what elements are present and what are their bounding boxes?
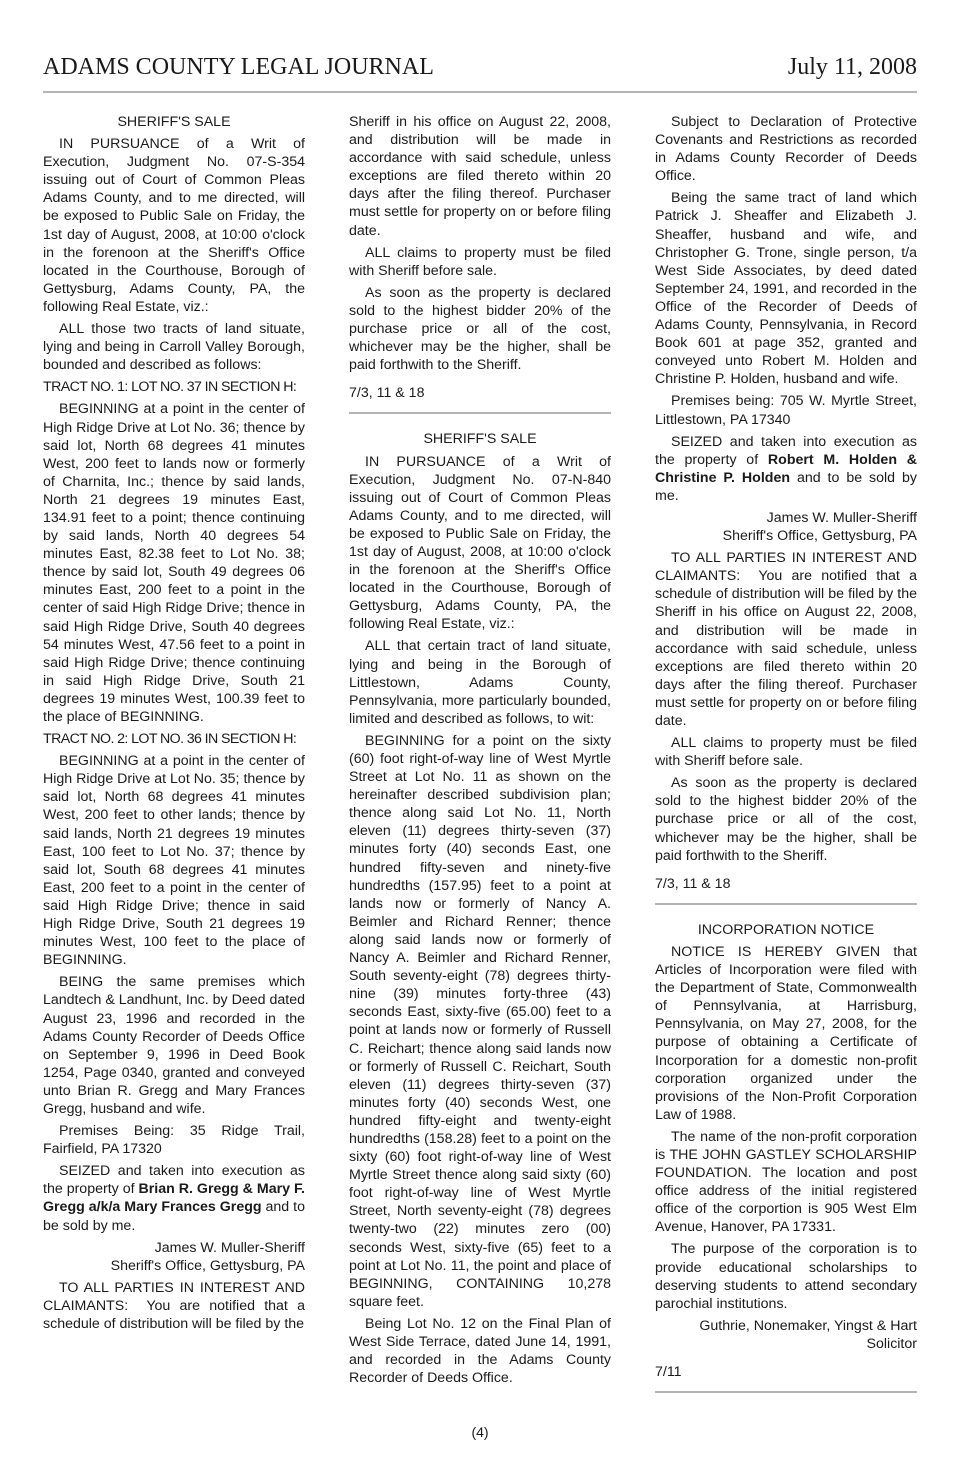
deed-history-paragraph: BEING the same premises which Landtech &…: [43, 973, 305, 1118]
sheriff-signature: James W. Muller-Sheriff Sheriff's Office…: [655, 509, 917, 545]
tract2-description: BEGINNING at a point in the center of Hi…: [43, 752, 305, 969]
issue-date: July 11, 2008: [788, 52, 917, 82]
page-number: (4): [0, 1424, 960, 1440]
column-2: Sheriff in his office on August 22, 2008…: [349, 113, 611, 1391]
run-dates: 7/3, 11 & 18: [655, 875, 917, 893]
notice-divider: [655, 903, 917, 905]
incorporation-notice: INCORPORATION NOTICE NOTICE IS HEREBY GI…: [655, 921, 917, 1393]
signature-office: Sheriff's Office, Gettysburg, PA: [43, 1257, 305, 1275]
covenants-paragraph: Subject to Declaration of Protective Cov…: [655, 113, 917, 185]
notice-paragraph: NOTICE IS HEREBY GIVEN that Articles of …: [655, 943, 917, 1124]
run-dates: 7/11: [655, 1363, 917, 1381]
masthead: ADAMS COUNTY LEGAL JOURNAL July 11, 2008: [43, 52, 917, 82]
deed-history-paragraph: Being the same tract of land which Patri…: [655, 189, 917, 388]
column-1: SHERIFF'S SALE IN PURSUANCE of a Writ of…: [43, 113, 305, 1337]
tract1-heading: TRACT NO. 1: LOT NO. 37 IN SECTION H:: [43, 378, 305, 396]
notice-divider: [349, 412, 611, 414]
notice-heading: INCORPORATION NOTICE: [655, 921, 917, 939]
run-dates: 7/3, 11 & 18: [349, 384, 611, 402]
premises-address: Premises being: 705 W. Myrtle Street, Li…: [655, 392, 917, 428]
lot-paragraph: Being Lot No. 12 on the Final Plan of We…: [349, 1315, 611, 1387]
claims-paragraph: ALL claims to property must be filed wit…: [349, 244, 611, 280]
sheriffs-sale-notice-holden: SHERIFF'S SALE IN PURSUANCE of a Writ of…: [349, 430, 611, 1387]
solicitor-signature: Guthrie, Nonemaker, Yingst & Hart Solici…: [655, 1317, 917, 1353]
solicitor-title: Solicitor: [655, 1335, 917, 1353]
declared-paragraph: As soon as the property is declared sold…: [349, 284, 611, 374]
parties-paragraph: TO ALL PARTIES IN INTEREST AND CLAIMANTS…: [655, 549, 917, 730]
claims-paragraph: ALL claims to property must be filed wit…: [655, 734, 917, 770]
parties-paragraph-part2: Sheriff in his office on August 22, 2008…: [349, 113, 611, 240]
notice-divider: [655, 1391, 917, 1393]
tract-description: BEGINNING for a point on the sixty (60) …: [349, 732, 611, 1311]
signature-name: James W. Muller-Sheriff: [655, 509, 917, 527]
publication-title: ADAMS COUNTY LEGAL JOURNAL: [43, 52, 434, 82]
purpose-paragraph: The purpose of the corporation is to pro…: [655, 1240, 917, 1312]
declared-paragraph: As soon as the property is declared sold…: [655, 774, 917, 864]
sheriffs-sale-notice-gregg: SHERIFF'S SALE IN PURSUANCE of a Writ of…: [43, 113, 305, 1333]
tracts-intro-paragraph: ALL those two tracts of land situate, ly…: [43, 320, 305, 374]
premises-address: Premises Being: 35 Ridge Trail, Fairfiel…: [43, 1122, 305, 1158]
column-3: Subject to Declaration of Protective Cov…: [655, 113, 917, 1409]
notice-heading: SHERIFF'S SALE: [43, 113, 305, 131]
seized-paragraph: SEIZED and taken into execution as the p…: [655, 433, 917, 505]
parties-paragraph-part1: TO ALL PARTIES IN INTEREST AND CLAIMANTS…: [43, 1279, 305, 1333]
tract-intro-paragraph: ALL that certain tract of land situate, …: [349, 637, 611, 727]
sheriff-signature: James W. Muller-Sheriff Sheriff's Office…: [43, 1239, 305, 1275]
tract1-description: BEGINNING at a point in the center of Hi…: [43, 400, 305, 726]
pursuance-paragraph: IN PURSUANCE of a Writ of Execution, Jud…: [349, 453, 611, 634]
solicitor-firm: Guthrie, Nonemaker, Yingst & Hart: [655, 1317, 917, 1335]
signature-office: Sheriff's Office, Gettysburg, PA: [655, 527, 917, 545]
notice-heading: SHERIFF'S SALE: [349, 430, 611, 448]
signature-name: James W. Muller-Sheriff: [43, 1239, 305, 1257]
header-divider: [43, 91, 917, 93]
corporation-name-paragraph: The name of the non-profit corporation i…: [655, 1128, 917, 1237]
pursuance-paragraph: IN PURSUANCE of a Writ of Execution, Jud…: [43, 135, 305, 316]
seized-paragraph: SEIZED and taken into execution as the p…: [43, 1162, 305, 1234]
tract2-heading: TRACT NO. 2: LOT NO. 36 IN SECTION H:: [43, 730, 305, 748]
